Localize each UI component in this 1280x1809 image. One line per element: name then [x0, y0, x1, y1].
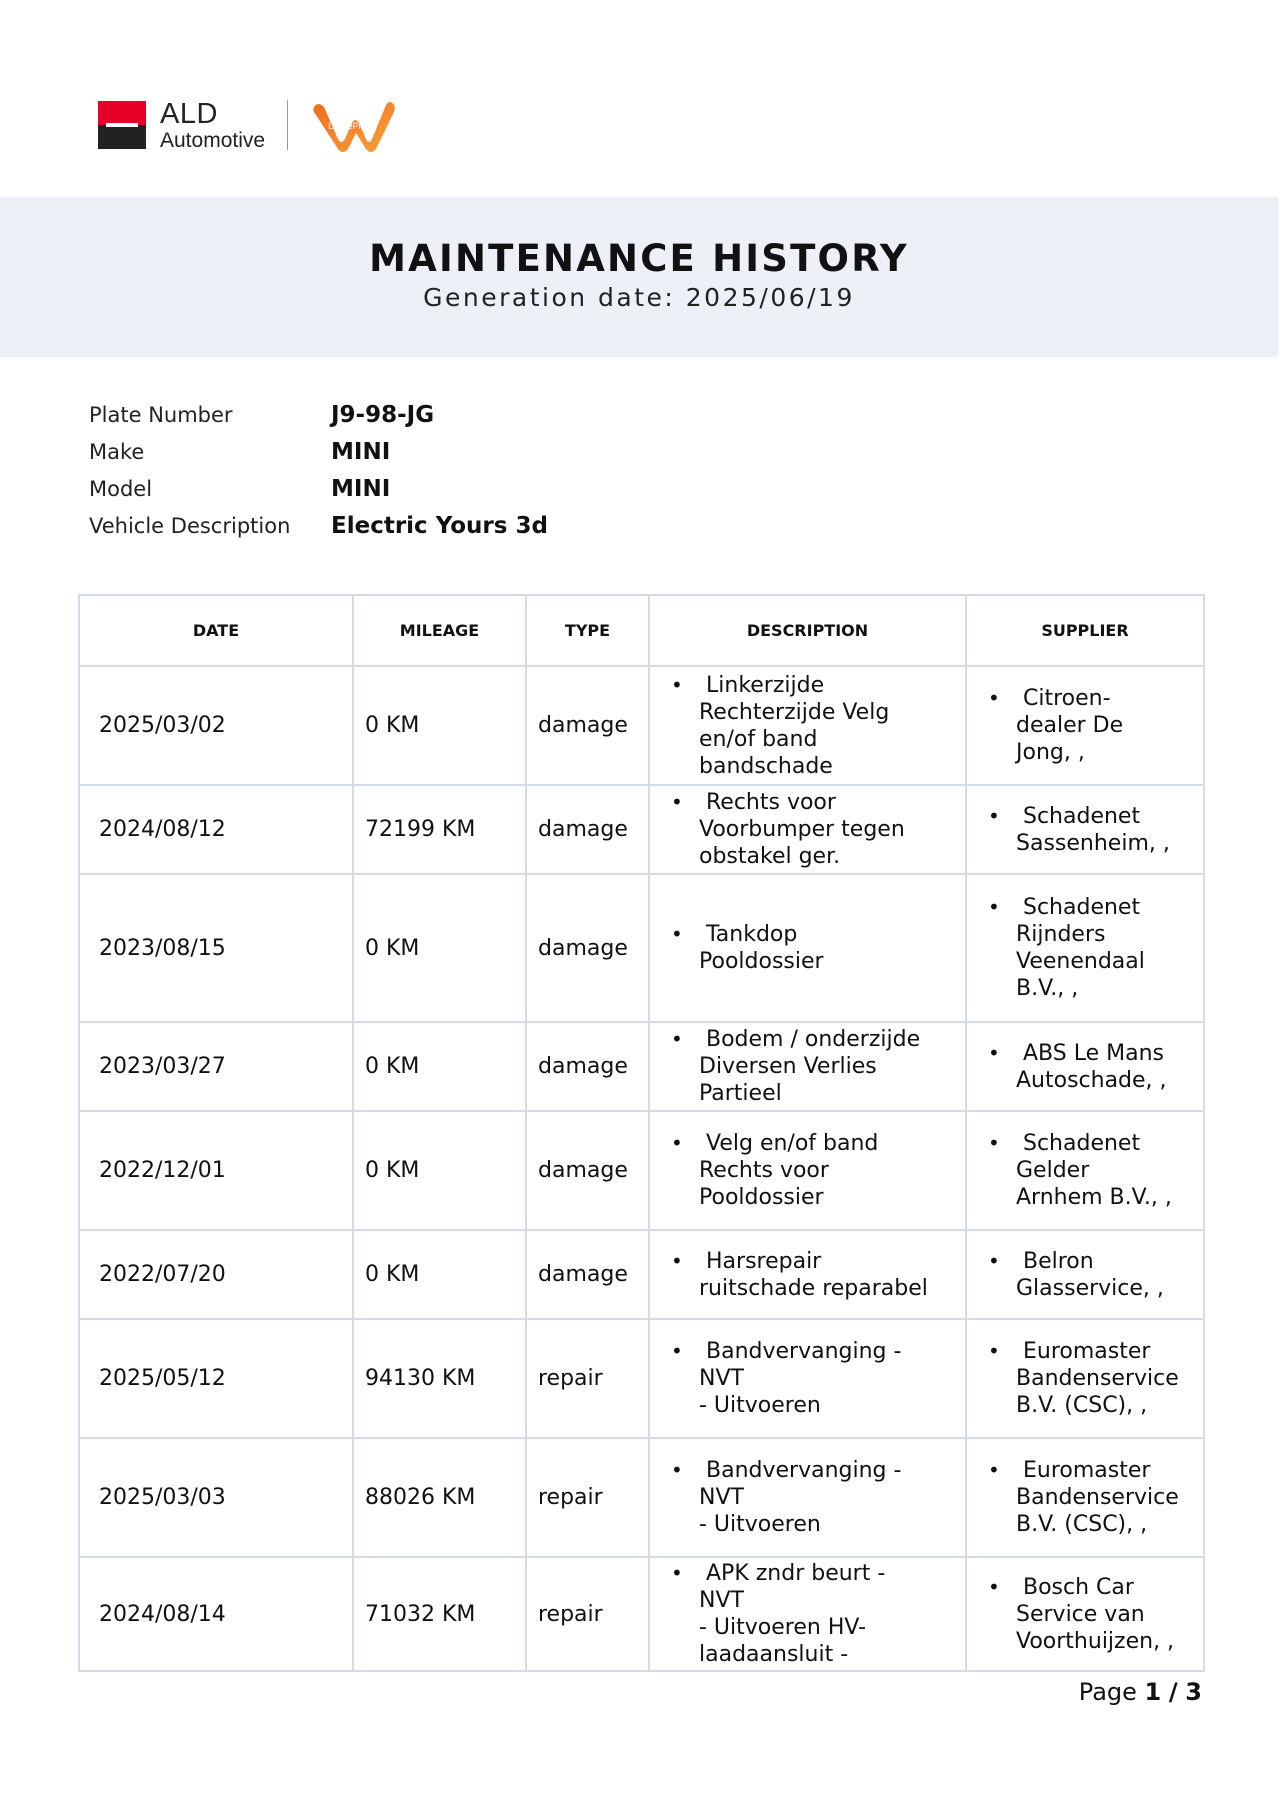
- total-pages: 3: [1185, 1678, 1202, 1706]
- cell-supplier: Schadenet Rijnders Veenendaal B.V., ,: [966, 874, 1204, 1022]
- cell-type: damage: [526, 1022, 649, 1111]
- cell-type: damage: [526, 785, 649, 874]
- supplier-bullet-item: ABS Le Mans Autoschade, ,: [973, 1040, 1197, 1094]
- description-bullet-list: Tankdop Pooldossier: [656, 921, 959, 975]
- description-bullet-item: Harsrepair ruitschade reparabel: [656, 1248, 959, 1302]
- table-header-row: DATE MILEAGE TYPE DESCRIPTION SUPPLIER: [79, 595, 1204, 666]
- column-header-type: TYPE: [526, 595, 649, 666]
- make-value: MINI: [331, 439, 390, 465]
- maintenance-table: DATE MILEAGE TYPE DESCRIPTION SUPPLIER 2…: [78, 594, 1205, 1672]
- cell-type: damage: [526, 666, 649, 785]
- leaseplan-logo-text: LeasePlan: [328, 121, 371, 131]
- supplier-bullet-list: Citroen- dealer De Jong, ,: [973, 685, 1197, 766]
- supplier-bullet-list: Schadenet Rijnders Veenendaal B.V., ,: [973, 894, 1197, 1002]
- cell-supplier: Belron Glasservice, ,: [966, 1230, 1204, 1319]
- cell-supplier: Schadenet Gelder Arnhem B.V., ,: [966, 1111, 1204, 1230]
- ald-logo-line1: ALD: [160, 100, 265, 129]
- ald-logo-text: ALD Automotive: [160, 100, 265, 151]
- description-bullet-item: Rechts voor Voorbumper tegen obstakel ge…: [656, 789, 959, 870]
- cell-description: APK zndr beurt - NVT - Uitvoeren HV- laa…: [649, 1557, 966, 1671]
- info-row-model: Model MINI: [89, 470, 548, 507]
- supplier-bullet-item: Citroen- dealer De Jong, ,: [973, 685, 1197, 766]
- page-indicator: Page 1 / 3: [1079, 1678, 1202, 1706]
- table-row: 2025/03/020 KMdamageLinkerzijde Rechterz…: [79, 666, 1204, 785]
- description-bullet-item: Bandvervanging - NVT - Uitvoeren: [656, 1457, 959, 1538]
- supplier-bullet-list: ABS Le Mans Autoschade, ,: [973, 1040, 1197, 1094]
- supplier-bullet-item: Schadenet Rijnders Veenendaal B.V., ,: [973, 894, 1197, 1002]
- plate-number-value: J9-98-JG: [331, 402, 434, 428]
- cell-description: Velg en/of band Rechts voor Pooldossier: [649, 1111, 966, 1230]
- current-page: 1: [1145, 1678, 1162, 1706]
- leaseplan-logo-icon: LeasePlan: [308, 97, 400, 153]
- cell-mileage: 0 KM: [353, 1230, 526, 1319]
- cell-supplier: Citroen- dealer De Jong, ,: [966, 666, 1204, 785]
- cell-description: Tankdop Pooldossier: [649, 874, 966, 1022]
- cell-type: damage: [526, 1111, 649, 1230]
- column-header-mileage: MILEAGE: [353, 595, 526, 666]
- description-bullet-item: APK zndr beurt - NVT - Uitvoeren HV- laa…: [656, 1560, 959, 1668]
- description-bullet-list: Velg en/of band Rechts voor Pooldossier: [656, 1130, 959, 1211]
- supplier-bullet-item: Euromaster Bandenservice B.V. (CSC), ,: [973, 1457, 1197, 1538]
- supplier-bullet-list: Bosch Car Service van Voorthuijzen, ,: [973, 1574, 1197, 1655]
- supplier-bullet-item: Schadenet Gelder Arnhem B.V., ,: [973, 1130, 1197, 1211]
- cell-date: 2022/07/20: [79, 1230, 353, 1319]
- supplier-bullet-list: Euromaster Bandenservice B.V. (CSC), ,: [973, 1338, 1197, 1419]
- page-title: MAINTENANCE HISTORY: [0, 237, 1278, 280]
- supplier-bullet-item: Belron Glasservice, ,: [973, 1248, 1197, 1302]
- cell-description: Rechts voor Voorbumper tegen obstakel ge…: [649, 785, 966, 874]
- description-bullet-list: Bandvervanging - NVT - Uitvoeren: [656, 1457, 959, 1538]
- description-bullet-item: Velg en/of band Rechts voor Pooldossier: [656, 1130, 959, 1211]
- description-bullet-item: Bodem / onderzijde Diversen Verlies Part…: [656, 1026, 959, 1107]
- title-banner: MAINTENANCE HISTORY Generation date: 202…: [0, 197, 1278, 357]
- description-bullet-list: Rechts voor Voorbumper tegen obstakel ge…: [656, 789, 959, 870]
- plate-number-label: Plate Number: [89, 403, 331, 427]
- supplier-bullet-item: Schadenet Sassenheim, ,: [973, 803, 1197, 857]
- model-label: Model: [89, 477, 331, 501]
- cell-supplier: ABS Le Mans Autoschade, ,: [966, 1022, 1204, 1111]
- ald-logo-icon: [98, 101, 146, 149]
- supplier-bullet-item: Euromaster Bandenservice B.V. (CSC), ,: [973, 1338, 1197, 1419]
- cell-type: damage: [526, 1230, 649, 1319]
- cell-date: 2024/08/12: [79, 785, 353, 874]
- cell-type: damage: [526, 874, 649, 1022]
- description-bullet-item: Linkerzijde Rechterzijde Velg en/of band…: [656, 672, 959, 780]
- table-row: 2025/05/1294130 KMrepairBandvervanging -…: [79, 1319, 1204, 1438]
- cell-description: Bodem / onderzijde Diversen Verlies Part…: [649, 1022, 966, 1111]
- table-row: 2023/03/270 KMdamageBodem / onderzijde D…: [79, 1022, 1204, 1111]
- supplier-bullet-list: Schadenet Sassenheim, ,: [973, 803, 1197, 857]
- table-row: 2024/08/1272199 KMdamageRechts voor Voor…: [79, 785, 1204, 874]
- cell-date: 2024/08/14: [79, 1557, 353, 1671]
- description-bullet-item: Bandvervanging - NVT - Uitvoeren: [656, 1338, 959, 1419]
- cell-date: 2025/05/12: [79, 1319, 353, 1438]
- table-row: 2024/08/1471032 KMrepairAPK zndr beurt -…: [79, 1557, 1204, 1671]
- vehicle-info: Plate Number J9-98-JG Make MINI Model MI…: [89, 396, 548, 544]
- cell-date: 2022/12/01: [79, 1111, 353, 1230]
- vehicle-description-value: Electric Yours 3d: [331, 513, 548, 539]
- supplier-bullet-list: Schadenet Gelder Arnhem B.V., ,: [973, 1130, 1197, 1211]
- supplier-bullet-item: Bosch Car Service van Voorthuijzen, ,: [973, 1574, 1197, 1655]
- cell-description: Linkerzijde Rechterzijde Velg en/of band…: [649, 666, 966, 785]
- table-row: 2025/03/0388026 KMrepairBandvervanging -…: [79, 1438, 1204, 1557]
- page-separator: /: [1169, 1678, 1178, 1706]
- generation-date: Generation date: 2025/06/19: [0, 283, 1278, 312]
- table-row: 2023/08/150 KMdamageTankdop PooldossierS…: [79, 874, 1204, 1022]
- logo-divider: [287, 100, 288, 150]
- cell-mileage: 94130 KM: [353, 1319, 526, 1438]
- info-row-plate: Plate Number J9-98-JG: [89, 396, 548, 433]
- description-bullet-list: Linkerzijde Rechterzijde Velg en/of band…: [656, 672, 959, 780]
- page-prefix: Page: [1079, 1678, 1137, 1706]
- cell-description: Bandvervanging - NVT - Uitvoeren: [649, 1319, 966, 1438]
- cell-mileage: 71032 KM: [353, 1557, 526, 1671]
- cell-mileage: 0 KM: [353, 1022, 526, 1111]
- supplier-bullet-list: Euromaster Bandenservice B.V. (CSC), ,: [973, 1457, 1197, 1538]
- make-label: Make: [89, 440, 331, 464]
- table-row: 2022/12/010 KMdamageVelg en/of band Rech…: [79, 1111, 1204, 1230]
- column-header-supplier: SUPPLIER: [966, 595, 1204, 666]
- cell-type: repair: [526, 1319, 649, 1438]
- column-header-description: DESCRIPTION: [649, 595, 966, 666]
- cell-date: 2025/03/02: [79, 666, 353, 785]
- description-bullet-list: Bandvervanging - NVT - Uitvoeren: [656, 1338, 959, 1419]
- description-bullet-list: Bodem / onderzijde Diversen Verlies Part…: [656, 1026, 959, 1107]
- table-row: 2022/07/200 KMdamageHarsrepair ruitschad…: [79, 1230, 1204, 1319]
- info-row-description: Vehicle Description Electric Yours 3d: [89, 507, 548, 544]
- ald-logo-line2: Automotive: [160, 130, 265, 151]
- cell-type: repair: [526, 1557, 649, 1671]
- description-bullet-list: Harsrepair ruitschade reparabel: [656, 1248, 959, 1302]
- cell-supplier: Euromaster Bandenservice B.V. (CSC), ,: [966, 1438, 1204, 1557]
- cell-mileage: 0 KM: [353, 874, 526, 1022]
- cell-mileage: 0 KM: [353, 1111, 526, 1230]
- cell-type: repair: [526, 1438, 649, 1557]
- supplier-bullet-list: Belron Glasservice, ,: [973, 1248, 1197, 1302]
- description-bullet-list: APK zndr beurt - NVT - Uitvoeren HV- laa…: [656, 1560, 959, 1668]
- header-logos: ALD Automotive LeasePlan: [98, 95, 400, 155]
- cell-date: 2025/03/03: [79, 1438, 353, 1557]
- cell-date: 2023/08/15: [79, 874, 353, 1022]
- cell-date: 2023/03/27: [79, 1022, 353, 1111]
- description-bullet-item: Tankdop Pooldossier: [656, 921, 959, 975]
- cell-description: Harsrepair ruitschade reparabel: [649, 1230, 966, 1319]
- cell-mileage: 88026 KM: [353, 1438, 526, 1557]
- cell-mileage: 0 KM: [353, 666, 526, 785]
- column-header-date: DATE: [79, 595, 353, 666]
- cell-supplier: Bosch Car Service van Voorthuijzen, ,: [966, 1557, 1204, 1671]
- cell-mileage: 72199 KM: [353, 785, 526, 874]
- vehicle-description-label: Vehicle Description: [89, 514, 331, 538]
- cell-supplier: Schadenet Sassenheim, ,: [966, 785, 1204, 874]
- cell-supplier: Euromaster Bandenservice B.V. (CSC), ,: [966, 1319, 1204, 1438]
- model-value: MINI: [331, 476, 390, 502]
- cell-description: Bandvervanging - NVT - Uitvoeren: [649, 1438, 966, 1557]
- info-row-make: Make MINI: [89, 433, 548, 470]
